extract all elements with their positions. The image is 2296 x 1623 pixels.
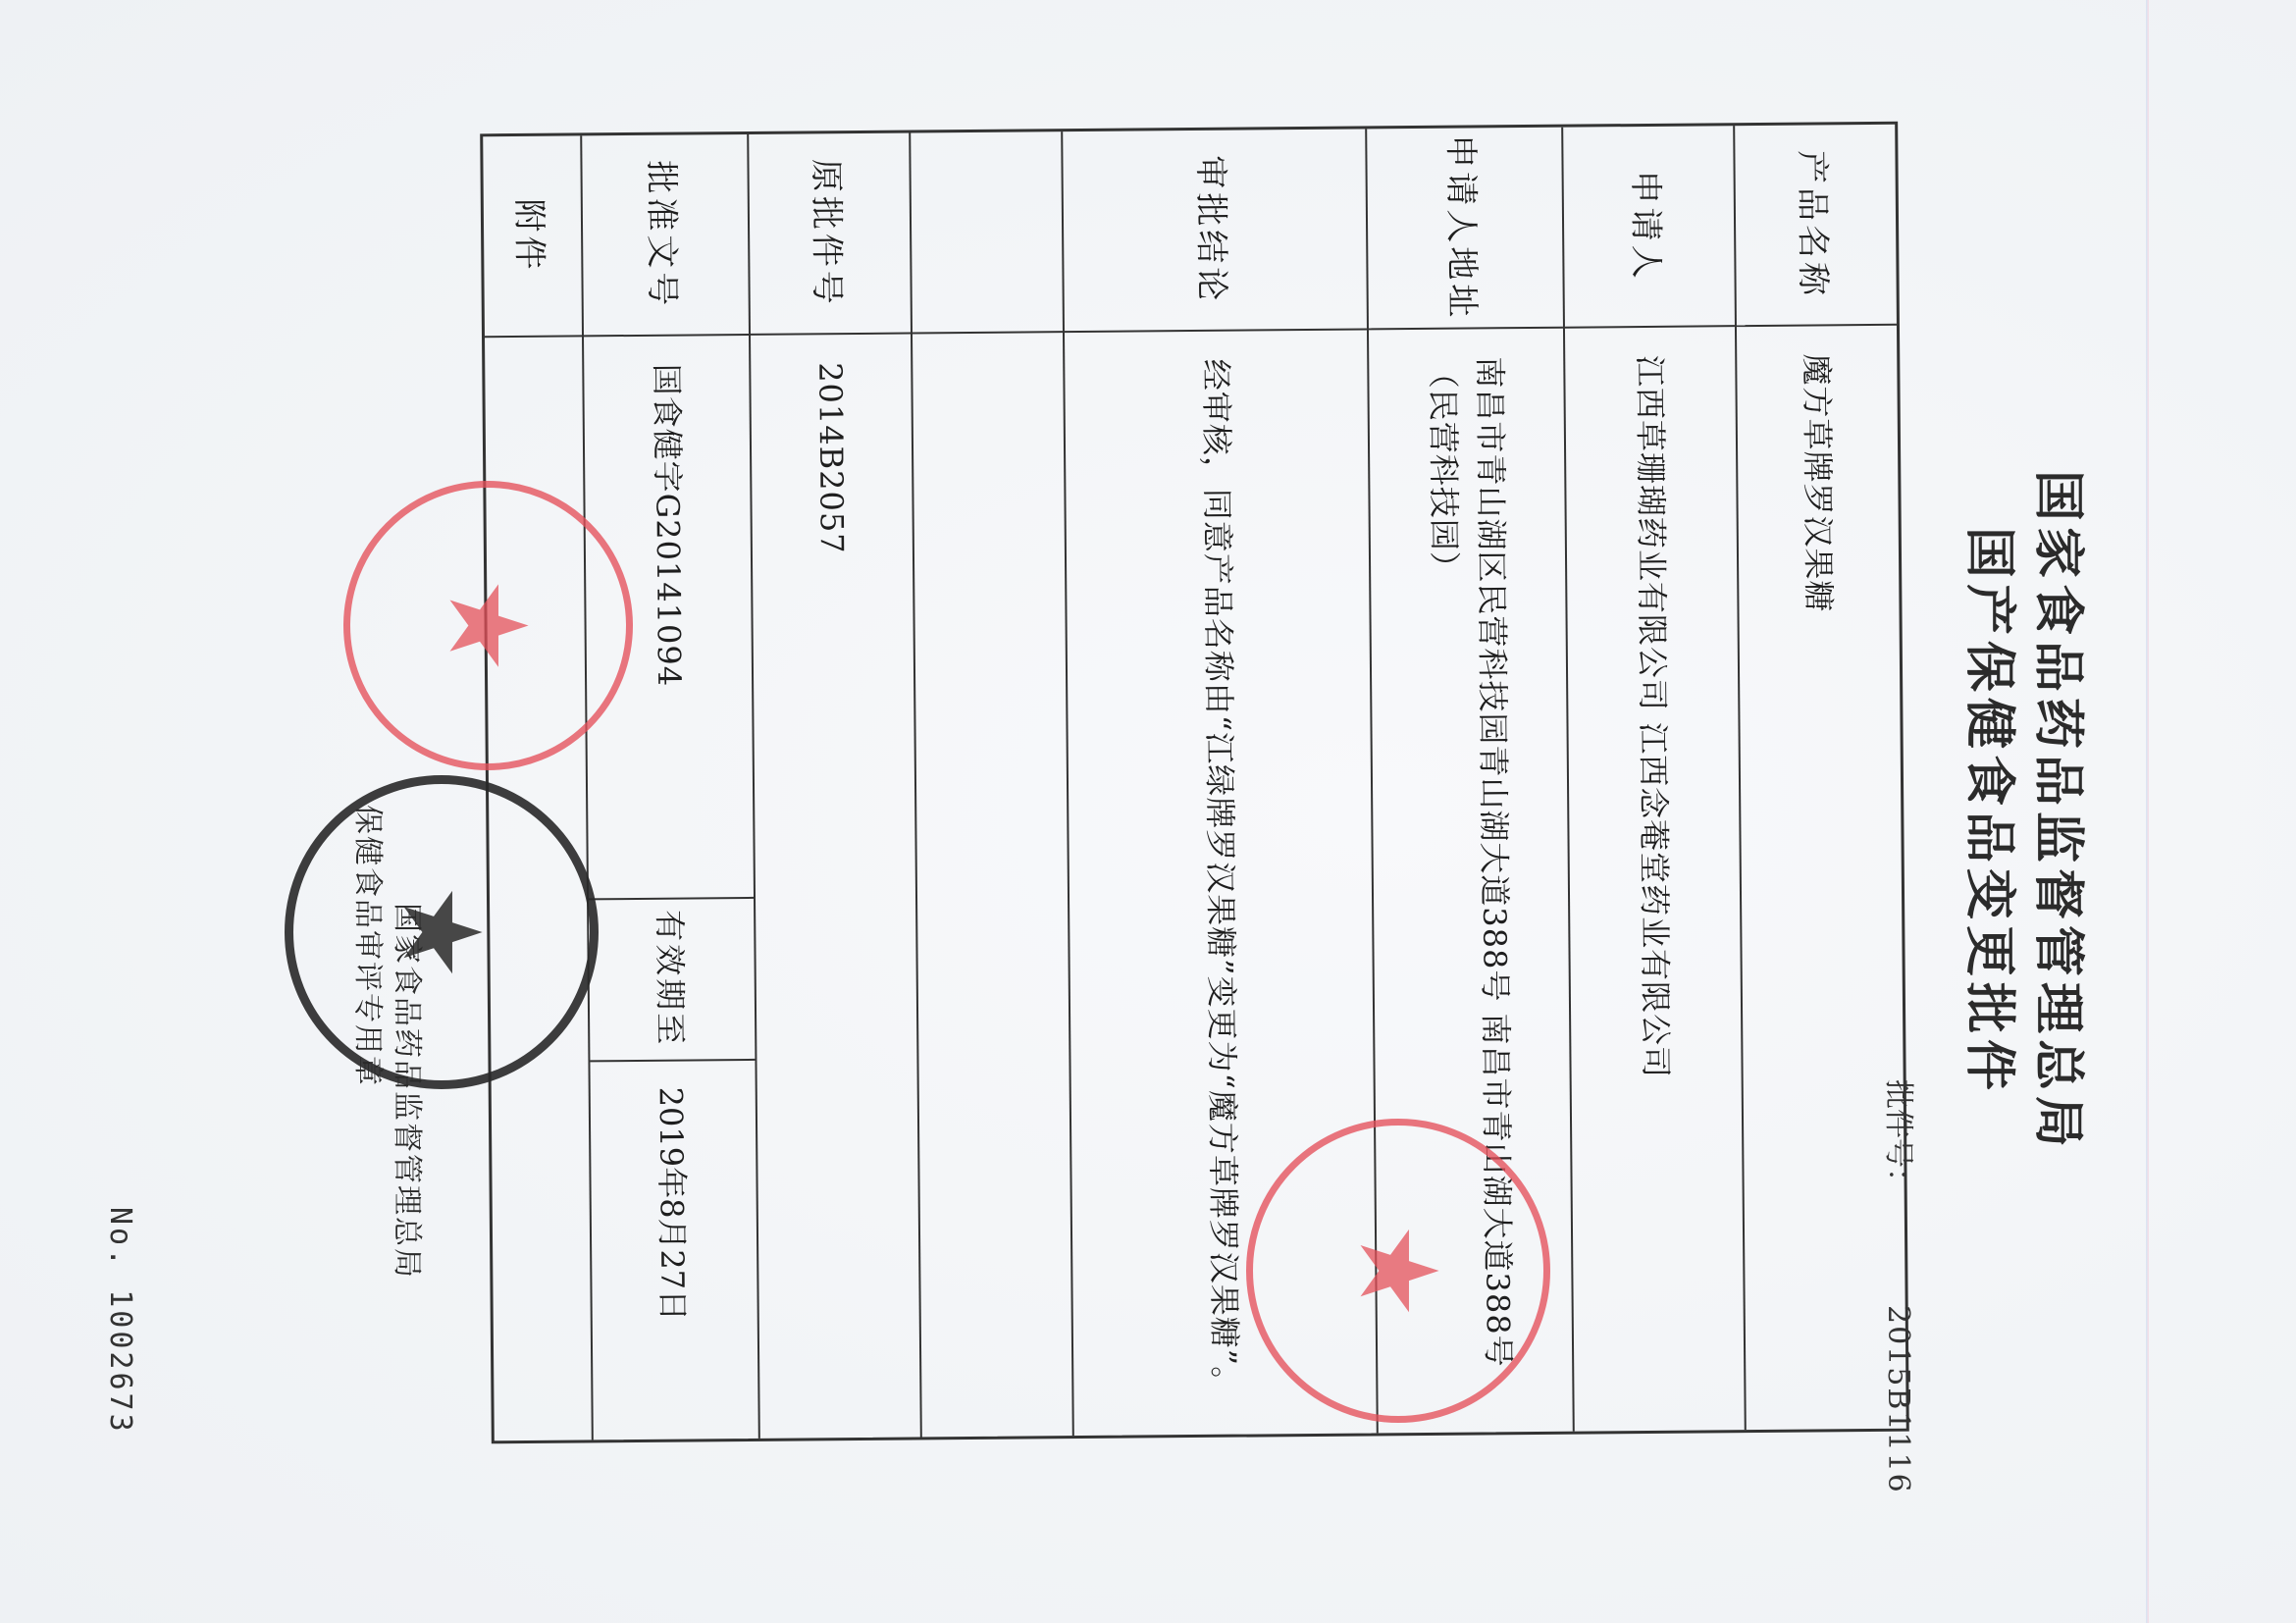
- label-applicant: 申请人: [1563, 126, 1735, 329]
- label-original-approval-number: 原批件号: [749, 133, 911, 336]
- label-valid-until: 有效期至: [589, 897, 755, 1060]
- issuing-authority-title: 国家食品药品监督管理总局: [2026, 0, 2100, 1623]
- scan-margin-line: [2146, 0, 2149, 1623]
- scanned-page: 国家食品药品监督管理总局 国产保健食品变更批件 批件号：2015B1116 产品…: [0, 0, 2296, 1623]
- value-valid-until: 2019年8月27日: [590, 1059, 757, 1440]
- label-blank: [911, 131, 1063, 334]
- value-original-approval-number: 2014B2057: [751, 335, 920, 1439]
- row-applicant: 申请人 江西草珊瑚药业有限公司 江西念菴堂药业有限公司: [1561, 126, 1745, 1431]
- document-title: 国产保健食品变更批件: [1957, 0, 2031, 1623]
- value-blank: [913, 333, 1072, 1437]
- approval-table: 产品名称 魔方草牌罗汉果糖 申请人 江西草珊瑚药业有限公司 江西念菴堂药业有限公…: [480, 122, 1909, 1444]
- row-original-approval-number: 原批件号 2014B2057: [747, 133, 920, 1439]
- row-blank: [909, 131, 1072, 1437]
- label-attachment: 附件: [483, 135, 582, 338]
- label-approval-conclusion: 审批结论: [1063, 129, 1367, 333]
- star-icon: ★: [1344, 1223, 1452, 1320]
- agent-company-seal: ★: [343, 481, 633, 770]
- authority-seal-text: 国家食品药品监督管理总局: [389, 903, 432, 1280]
- row-product-name: 产品名称 魔方草牌罗汉果糖: [1733, 125, 1906, 1430]
- serial-number: No. 1002673: [103, 1207, 137, 1435]
- applicant-company-seal: ★: [1246, 1119, 1550, 1423]
- label-product-name: 产品名称: [1735, 125, 1897, 327]
- authority-seal: ★: [285, 775, 599, 1089]
- value-product-name: 魔方草牌罗汉果糖: [1737, 326, 1906, 1430]
- row-approval-document-number: 批准文号 国食健字G20141094 有效期至 2019年8月27日: [580, 134, 758, 1440]
- authority-seal-subtext: 保健食品审评专用章: [349, 805, 392, 1087]
- label-approval-document-number: 批准文号: [582, 134, 749, 337]
- document-upright: 国家食品药品监督管理总局 国产保健食品变更批件 批件号：2015B1116 产品…: [0, 0, 2296, 1623]
- star-icon: ★: [435, 577, 543, 674]
- label-applicant-address: 申请人地址: [1367, 128, 1563, 331]
- value-applicant: 江西草珊瑚药业有限公司 江西念菴堂药业有限公司: [1565, 327, 1745, 1431]
